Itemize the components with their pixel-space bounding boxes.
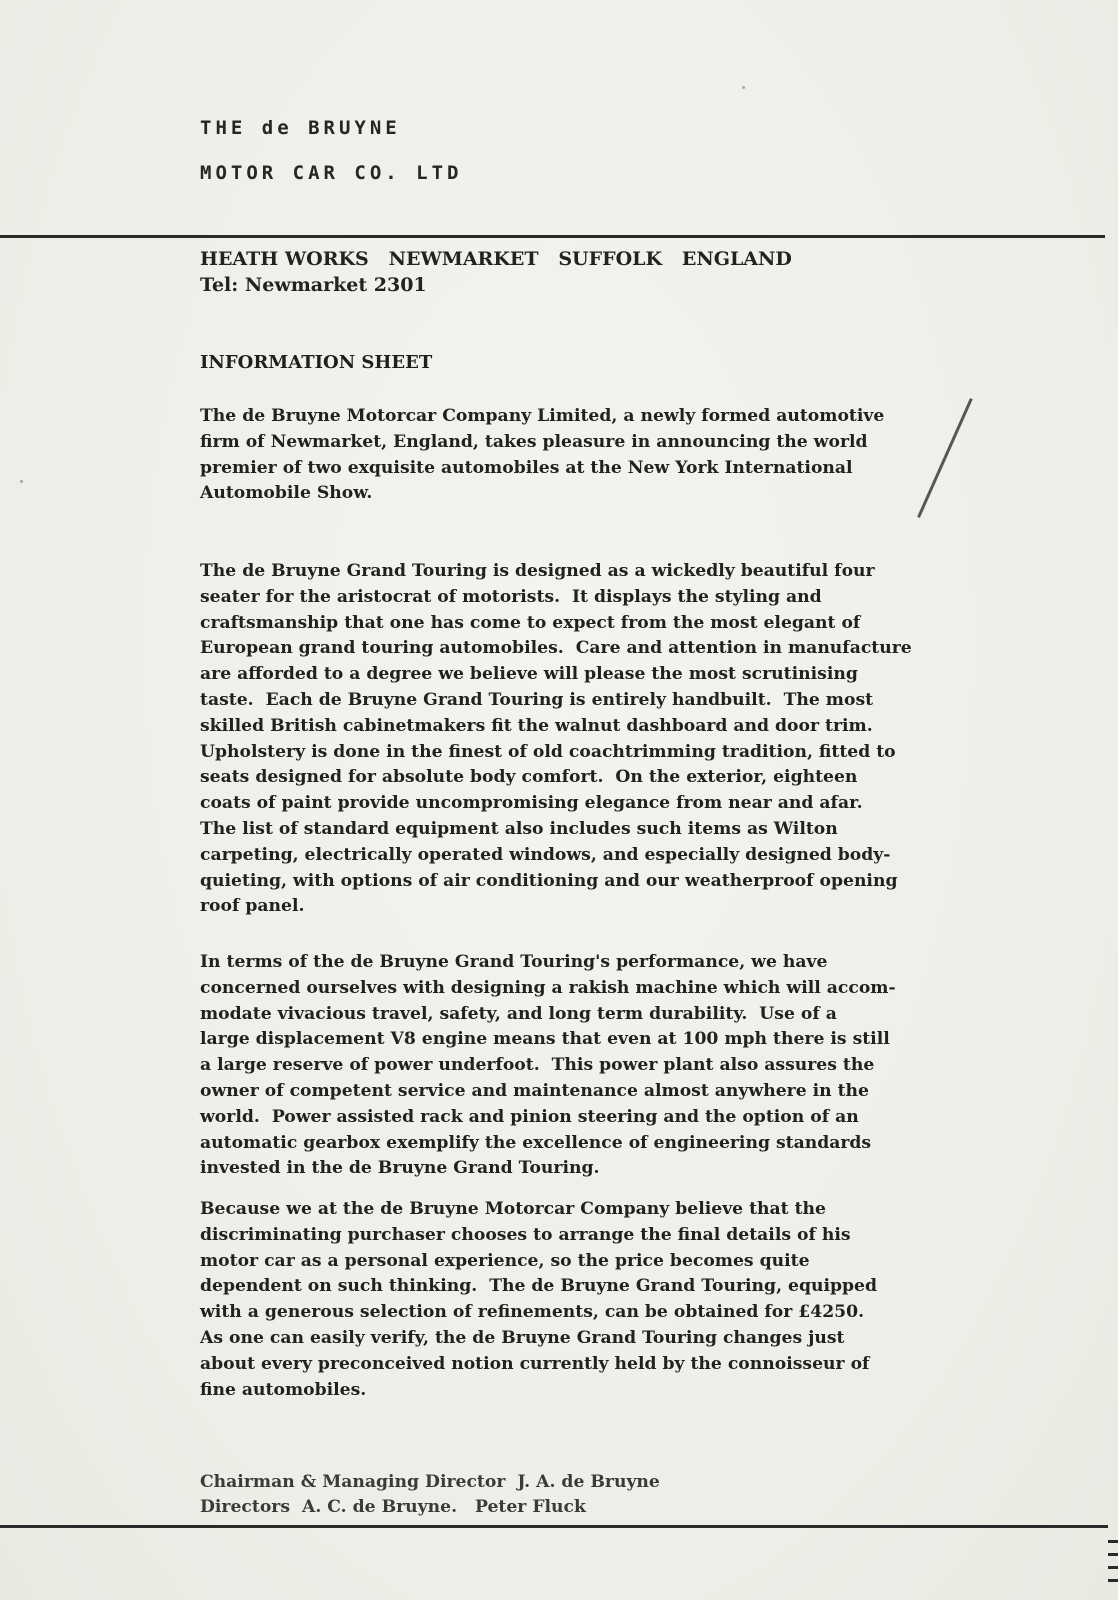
paragraph-line: about every preconceived notion currentl… — [200, 1352, 1080, 1378]
paper-speck — [742, 86, 745, 89]
paragraph-line: The list of standard equipment also incl… — [200, 817, 1080, 843]
paragraph-grand-touring-description: The de Bruyne Grand Touring is designed … — [200, 559, 1080, 920]
signature-directors: Directors A. C. de Bruyne. Peter Fluck — [200, 1497, 586, 1517]
paragraph-line: concerned ourselves with designing a rak… — [200, 976, 1080, 1002]
paragraph-line: taste. Each de Bruyne Grand Touring is e… — [200, 688, 1080, 714]
paragraph-line: are afforded to a degree we believe will… — [200, 662, 1080, 688]
document-page: THE de BRUYNE MOTOR CAR CO. LTD HEATH WO… — [0, 0, 1118, 1600]
paragraph-line: seats designed for absolute body comfort… — [200, 765, 1080, 791]
paragraph-line: Because we at the de Bruyne Motorcar Com… — [200, 1197, 1080, 1223]
paragraph-line: modate vivacious travel, safety, and lon… — [200, 1002, 1080, 1028]
paragraph-line: automatic gearbox exemplify the excellen… — [200, 1131, 1080, 1157]
paper-speck — [20, 480, 23, 483]
paragraph-announcement: The de Bruyne Motorcar Company Limited, … — [200, 404, 1080, 507]
paragraph-line: European grand touring automobiles. Care… — [200, 636, 1080, 662]
page-edge-marks — [1108, 1540, 1118, 1592]
paragraph-performance: In terms of the de Bruyne Grand Touring'… — [200, 950, 1080, 1182]
document-heading: INFORMATION SHEET — [200, 352, 432, 373]
paragraph-pricing: Because we at the de Bruyne Motorcar Com… — [200, 1197, 1080, 1403]
letterhead-divider — [0, 235, 1105, 238]
paragraph-line: As one can easily verify, the de Bruyne … — [200, 1326, 1080, 1352]
paragraph-line: owner of competent service and maintenan… — [200, 1079, 1080, 1105]
footer-divider — [0, 1525, 1108, 1528]
paragraph-line: craftsmanship that one has come to expec… — [200, 611, 1080, 637]
paragraph-line: In terms of the de Bruyne Grand Touring'… — [200, 950, 1080, 976]
paragraph-line: carpeting, electrically operated windows… — [200, 843, 1080, 869]
letterhead-address: HEATH WORKS NEWMARKET SUFFOLK ENGLAND — [200, 248, 792, 270]
paragraph-line: quieting, with options of air conditioni… — [200, 869, 1080, 895]
paragraph-line: fine automobiles. — [200, 1378, 1080, 1404]
paragraph-line: dependent on such thinking. The de Bruyn… — [200, 1274, 1080, 1300]
paragraph-line: discriminating purchaser chooses to arra… — [200, 1223, 1080, 1249]
letterhead-company-type: MOTOR CAR CO. LTD — [200, 162, 462, 184]
paragraph-line: premier of two exquisite automobiles at … — [200, 456, 1080, 482]
paragraph-line: seater for the aristocrat of motorists. … — [200, 585, 1080, 611]
paragraph-line: world. Power assisted rack and pinion st… — [200, 1105, 1080, 1131]
paragraph-line: skilled British cabinetmakers fit the wa… — [200, 714, 1080, 740]
paragraph-line: The de Bruyne Motorcar Company Limited, … — [200, 404, 1080, 430]
letterhead-company-name: THE de BRUYNE — [200, 117, 401, 139]
paragraph-line: roof panel. — [200, 894, 1080, 920]
paragraph-line: coats of paint provide uncompromising el… — [200, 791, 1080, 817]
signature-chairman: Chairman & Managing Director J. A. de Br… — [200, 1472, 660, 1492]
paragraph-line: with a generous selection of refinements… — [200, 1300, 1080, 1326]
paragraph-line: a large reserve of power underfoot. This… — [200, 1053, 1080, 1079]
paragraph-line: motor car as a personal experience, so t… — [200, 1249, 1080, 1275]
letterhead-telephone: Tel: Newmarket 2301 — [200, 274, 427, 296]
paragraph-line: invested in the de Bruyne Grand Touring. — [200, 1156, 1080, 1182]
paragraph-line: Automobile Show. — [200, 481, 1080, 507]
paragraph-line: Upholstery is done in the finest of old … — [200, 740, 1080, 766]
paragraph-line: large displacement V8 engine means that … — [200, 1027, 1080, 1053]
paragraph-line: The de Bruyne Grand Touring is designed … — [200, 559, 1080, 585]
